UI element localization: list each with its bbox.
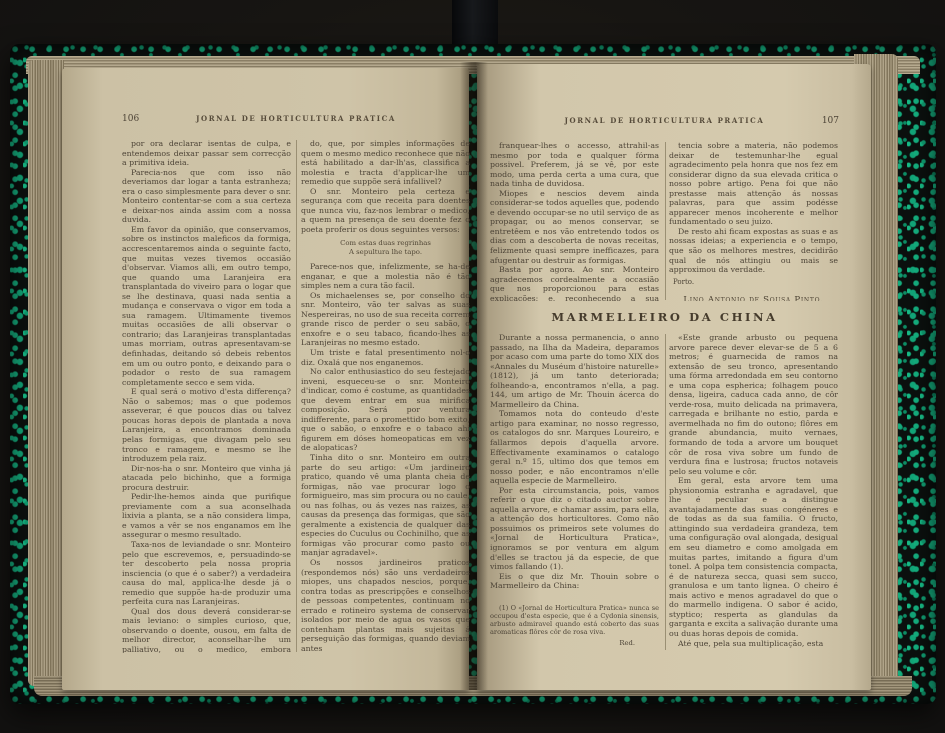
paragraph: franquear-lhes o accesso, attrahil-as me…	[490, 141, 659, 189]
paragraph: Pedir-lhe-hemos ainda que purifique prev…	[122, 492, 291, 540]
left-page-column-1: por ora declarar isentas de culpa, e ent…	[122, 139, 291, 653]
paragraph: E qual será o motivo d'esta differença? …	[122, 387, 291, 463]
paragraph: tencia sobre a materia, não podemos deix…	[669, 141, 838, 227]
left-page-columns: por ora declarar isentas de culpa, e ent…	[122, 139, 470, 653]
paragraph: Um triste e fatal presentimento nol-o di…	[301, 348, 470, 367]
verse-line: A sepultura lhe tapo.	[301, 248, 470, 257]
paragraph: Eis o que diz Mr. Thouin sobre o Marmell…	[490, 572, 659, 591]
section-title: MARMELLEIRO DA CHINA	[490, 310, 839, 324]
author-signature: Lino Antonio de Sousa Pinto.	[669, 295, 838, 301]
paragraph: Em geral, esta arvore tem uma physionomi…	[669, 476, 838, 638]
paragraph: Basta por agora. Ao snr. Monteiro agrade…	[490, 265, 659, 301]
paragraph: Qual dos dous deverá considerar-se mais …	[122, 607, 291, 653]
paragraph: O snr. Monteiro pela certeza e segurança…	[301, 187, 470, 235]
paragraph: do, que, por simples informações de quem…	[301, 139, 470, 187]
paragraph: Os nossos jardineiros praticos (responde…	[301, 558, 470, 653]
right-page-number: 107	[805, 116, 839, 126]
paragraph: Tomamos nota do conteudo d'este artigo p…	[490, 409, 659, 485]
right-page-text: JORNAL DE HORTICULTURA PRATICA 107 franq…	[490, 116, 839, 651]
right-running-head: JORNAL DE HORTICULTURA PRATICA	[524, 116, 805, 125]
verse-couplet: Com estas duas regrinhas A sepultura lhe…	[301, 239, 470, 257]
paragraph: No calor enthusiastico do seu festejado …	[301, 367, 470, 453]
paragraph: «Este grande arbusto ou pequena arvore p…	[669, 333, 838, 476]
left-running-head: JORNAL DE HORTICULTURA PRATICA	[156, 114, 436, 123]
paragraph: Em favor da opinião, que conservamos, so…	[122, 225, 291, 387]
right-page-top-column-1: franquear-lhes o accesso, attrahil-as me…	[490, 141, 659, 301]
paragraph: Parecia-nos que com isso não deveriamos …	[122, 168, 291, 225]
left-page-text: 106 JORNAL DE HORTICULTURA PRATICA por o…	[122, 114, 470, 653]
paragraph: Durante a nossa permanencia, o anno pass…	[490, 333, 659, 409]
paragraph: Até que, pela sua multiplicação, esta	[669, 639, 838, 649]
right-top-column-rule	[665, 142, 666, 300]
footnote-signature: Red.	[490, 639, 635, 647]
left-page-number: 106	[122, 114, 156, 124]
paragraph: Taxa-nos de leviandade o snr. Monteiro p…	[122, 540, 291, 607]
left-column-rule	[296, 140, 297, 652]
right-page-bottom-column-1: Durante a nossa permanencia, o anno pass…	[490, 333, 659, 651]
paragraph: De resto ahi ficam expostas as suas e as…	[669, 227, 838, 275]
verse-line: Com estas duas regrinhas	[301, 239, 470, 248]
paragraph: por ora declarar isentas de culpa, e ent…	[122, 139, 291, 168]
page-edges-left	[28, 60, 64, 686]
paragraph: Os michaelenses se, por conselho do snr.…	[301, 291, 470, 348]
paragraph: Dir-nos-ha o snr. Monteiro que vinha já …	[122, 464, 291, 493]
paragraph: Tinha dito o snr. Monteiro em outra part…	[301, 453, 470, 558]
paragraph: Miopes e nescios devem ainda considerar-…	[490, 189, 659, 265]
paragraph: Parece-nos que, infelizmente, se ha-de e…	[301, 262, 470, 291]
footnote-text: (1) O «Jornal de Horticultura Pratica» n…	[490, 604, 659, 636]
right-page-top-columns: franquear-lhes o accesso, attrahil-as me…	[490, 141, 839, 301]
place-line: Porto.	[669, 278, 838, 286]
right-bottom-column-rule	[665, 334, 666, 650]
right-running-head-row: JORNAL DE HORTICULTURA PRATICA 107	[490, 116, 839, 130]
right-page-bottom-column-2: «Este grande arbusto ou pequena arvore p…	[669, 333, 838, 651]
left-page-column-2: do, que, por simples informações de quem…	[301, 139, 470, 653]
left-running-head-row: 106 JORNAL DE HORTICULTURA PRATICA	[122, 114, 470, 128]
footnote: (1) O «Jornal de Horticultura Pratica» n…	[490, 604, 659, 647]
right-page-top-column-2: tencia sobre a materia, não podemos deix…	[669, 141, 838, 301]
right-page-bottom-columns: Durante a nossa permanencia, o anno pass…	[490, 333, 839, 651]
book-photo-background: 106 JORNAL DE HORTICULTURA PRATICA por o…	[0, 0, 945, 733]
paragraph: Por esta circumstancia, pois, vamos refe…	[490, 486, 659, 572]
